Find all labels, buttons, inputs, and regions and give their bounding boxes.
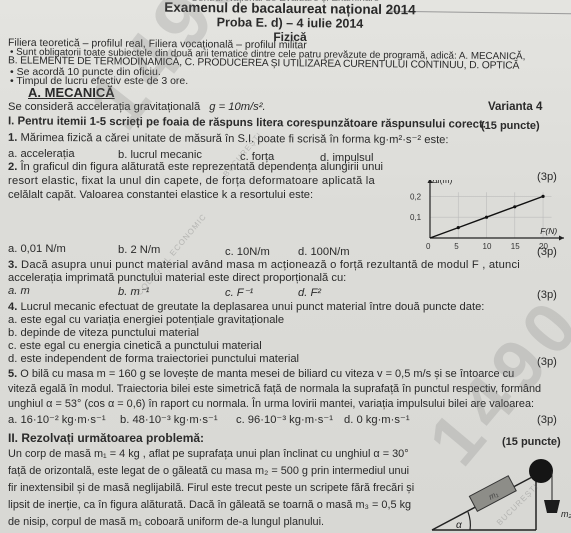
item-4-text: 4. Lucrul mecanic efectuat de greutate l…	[8, 301, 484, 314]
item-4-option-c: c. este egal cu energia cinetică a punct…	[8, 340, 262, 353]
item-2-line-3: celălalt capăt. Valoarea constantei elas…	[8, 189, 313, 202]
y-axis-label: Δl(m)	[432, 180, 452, 185]
item-3-option-c: c. F⁻¹	[225, 287, 253, 300]
item-question: Mărimea fizică a cărei unitate de măsură…	[20, 132, 448, 146]
item-5-line-3: unghiul α = 53° (cos α = 0,6) în raport …	[8, 398, 534, 411]
item-5-option-a: a. 16·10⁻² kg·m·s⁻¹	[8, 414, 106, 427]
bucket-label: m₂	[561, 509, 571, 519]
item-5-option-b: b. 48·10⁻³ kg·m·s⁻¹	[120, 414, 218, 427]
item-2-points: (3p)	[537, 246, 557, 259]
pulley-icon	[529, 459, 553, 483]
data-point	[513, 205, 516, 208]
data-point	[541, 195, 544, 198]
block-m1: m₁	[469, 476, 516, 512]
item-2-option-c: c. 10N/m	[225, 246, 270, 259]
data-point	[457, 226, 460, 229]
item-5-option-c: c. 96·10⁻³ kg·m·s⁻¹	[236, 414, 333, 427]
item-4-points: (3p)	[537, 356, 557, 369]
angle-label: α	[456, 520, 462, 531]
item-5-line-1: 5. O bilă cu masa m = 160 g se lovește d…	[8, 368, 514, 381]
exam-title: Examenul de bacalaureat național 2014	[110, 0, 470, 17]
item-2-option-b: b. 2 N/m	[118, 244, 160, 257]
item-number: 5.	[8, 368, 17, 380]
item-3-option-b: b. m⁻¹	[118, 286, 149, 299]
exam-page: Centrul Național de Evaluare și Examinar…	[0, 0, 571, 533]
part2-heading: II. Rezolvați următoarea problemă:	[8, 432, 204, 445]
y-tick-label: 0,1	[410, 213, 422, 222]
item-3-line-1: 3. Dacă asupra unui punct material având…	[8, 259, 520, 272]
item-3-option-a: a. m	[8, 285, 30, 298]
item-1-option-a: a. accelerația	[8, 148, 75, 161]
item-number: 4.	[8, 301, 17, 313]
item-number: 3.	[8, 259, 18, 271]
part2-line-4: lipsit de inerție, ca în figura alăturat…	[8, 499, 411, 512]
x-axis-arrow-icon	[559, 236, 564, 241]
item-5-points: (3p)	[537, 414, 557, 427]
inclined-plane-figure: α m₁ m₂	[430, 455, 571, 533]
x-axis-label: F(N)	[540, 226, 557, 236]
item-question: În graficul din figura alăturată este re…	[20, 161, 383, 173]
item-2-option-a: a. 0,01 N/m	[8, 243, 66, 256]
gravity-value: g = 10m/s².	[209, 101, 265, 113]
x-tick-label: 5	[454, 242, 459, 251]
angle-arc-icon	[468, 512, 470, 530]
part1-heading: I. Pentru itemii 1-5 scrieți pe foaia de…	[8, 115, 486, 131]
y-tick-label: 0,2	[410, 192, 422, 201]
gravity-text: Se consideră accelerația gravitațională	[8, 101, 200, 113]
item-3-points: (3p)	[537, 289, 557, 302]
item-3-option-d: d. F²	[298, 287, 321, 300]
part2-line-3: fir inextensibil și de masă neglijabilă.…	[8, 482, 414, 495]
item-3-line-2: accelerația imprimată punctului material…	[8, 272, 346, 285]
item-question: Lucrul mecanic efectuat de greutate la d…	[20, 301, 484, 313]
gravity-intro: Se consideră accelerația gravitațională …	[8, 101, 266, 114]
bucket-icon	[544, 500, 560, 513]
part2-points: (15 puncte)	[502, 436, 561, 449]
item-4-option-b: b. depinde de viteza punctului material	[8, 327, 199, 340]
part2-line-1: Un corp de masă m₁ = 4 kg , aflat pe sup…	[8, 448, 409, 461]
item-1-text: 1. Mărimea fizică a cărei unitate de măs…	[8, 132, 449, 147]
part2-line-5: de nisip, corpul de masă m₁ coboară unif…	[8, 516, 324, 529]
item-5-line-2: viteză egală în modul. Traiectoria bilei…	[8, 383, 541, 396]
part1-points: (15 puncte)	[481, 120, 540, 133]
x-tick-label: 0	[426, 242, 431, 251]
item-2-line-1: 2. În graficul din figura alăturată este…	[8, 161, 383, 174]
item-2-line-2: resort elastic, fixat la unul din capete…	[8, 175, 375, 188]
x-tick-label: 15	[511, 242, 520, 251]
item-number: 2.	[8, 161, 17, 173]
item-question: O bilă cu masa m = 160 g se lovește de m…	[20, 368, 514, 380]
x-tick-label: 10	[483, 242, 492, 251]
item-2-option-d: d. 100N/m	[298, 246, 350, 259]
item-4-option-d: d. este independent de forma traiectorie…	[8, 353, 299, 366]
section-title: A. MECANICĂ	[28, 86, 115, 99]
item-5-option-d: d. 0 kg·m·s⁻¹	[344, 414, 410, 427]
item-question: Dacă asupra unui punct material având ma…	[21, 259, 520, 271]
item-number: 1.	[8, 132, 17, 144]
data-point	[485, 216, 488, 219]
item-4-option-a: a. este egal cu variația energiei potenț…	[8, 314, 284, 327]
variant-label: Varianta 4	[488, 101, 542, 114]
part2-line-2: față de orizontală, este legat de o găle…	[8, 465, 409, 478]
